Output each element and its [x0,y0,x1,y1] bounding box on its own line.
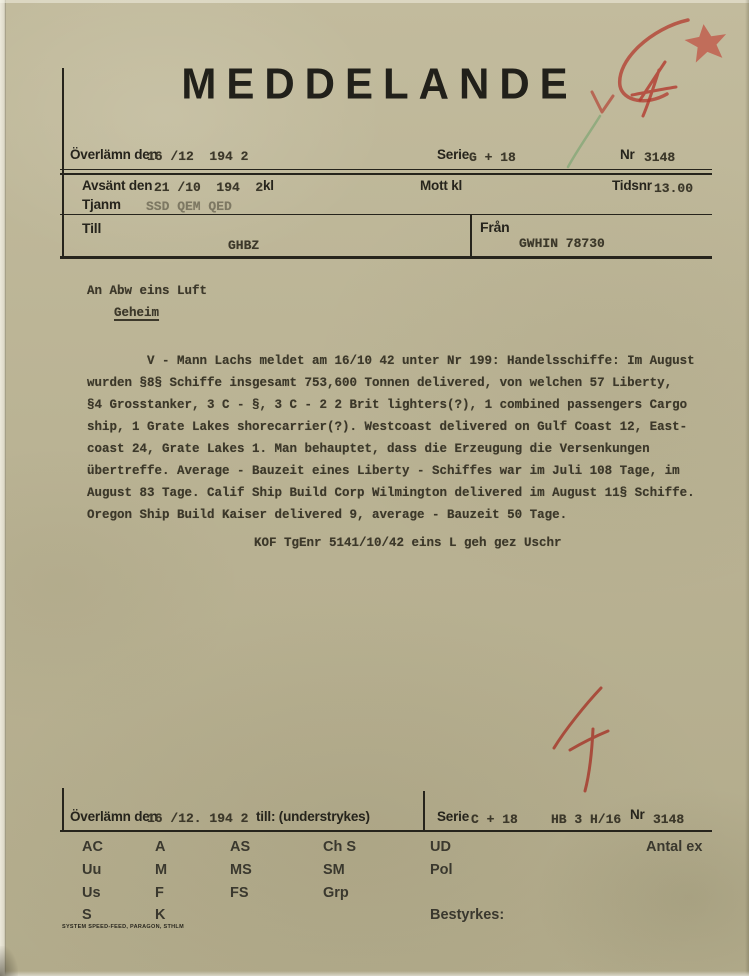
serie-label: Serie [437,147,469,162]
signature-line: KOF TgEnr 5141/10/42 eins L geh gez Usch… [254,536,562,550]
message-line: coast 24, Grate Lakes 1. Man behauptet, … [87,438,717,460]
grid-cell-fs: FS [230,885,249,901]
footer-till-label: till: (understrykes) [256,809,370,824]
nr-label: Nr [620,147,635,162]
grid-cell-as: AS [230,839,250,855]
page-title: MEDDELANDE [0,59,749,109]
grid-cell-k: K [155,907,165,923]
red-star-stamp [683,21,730,63]
message-line: V - Mann Lachs meldet am 16/10 42 unter … [87,350,717,372]
scanned-message-form: MEDDELANDE Överlämn den 16 /12 194 2 Ser… [0,0,749,976]
footer-serie-extra: HB 3 H/16 [551,812,621,827]
form-rule-2 [60,214,712,215]
scan-edge-bottom [0,971,749,976]
mott-kl-label: Mott kl [420,178,462,193]
classification-geheim: Geheim [114,306,159,320]
printer-mark: SYSTEM SPEED-FEED, PARAGON, STHLM [62,924,184,930]
message-line: August 83 Tage. Calif Ship Build Corp Wi… [87,482,717,504]
grid-cell-chs: Ch S [323,839,356,855]
red-pencil-mark-bottom [554,688,608,791]
grid-cell-uu: Uu [82,862,101,878]
grid-cell-a: A [155,839,165,855]
scan-corner-shadow [0,946,18,976]
addressee-line: An Abw eins Luft [87,284,207,298]
till-label: Till [82,220,101,236]
grid-cell-m: M [155,862,167,878]
grid-cell-pol: Pol [430,862,453,878]
footer-date-value: 16 /12. 194 2 [147,811,248,826]
message-line: ship, 1 Grate Lakes shorecarrier(?). Wes… [87,416,717,438]
message-line: wurden §8§ Schiffe insgesamt 753,600 Ton… [87,372,717,394]
footer-nr-label: Nr [630,807,645,822]
fran-value: GWHIN 78730 [519,236,605,251]
message-line: übertreffe. Average - Bauzeit eines Libe… [87,460,717,482]
grid-cell-bestyrkes: Bestyrkes: [430,907,504,923]
avsant-date-value: 21 /10 194 2 [154,180,263,195]
kl-label: kl [263,178,274,193]
avsant-label: Avsänt den [82,178,152,193]
footer-rule [60,830,712,832]
footer-serie-value: C + 18 [471,812,518,827]
grid-cell-f: F [155,885,164,901]
scan-edge-top [0,0,749,3]
tidsnr-label: Tidsnr [612,178,652,193]
footer-serie-divider [423,791,425,831]
till-value: GHBZ [228,238,259,253]
grid-cell-grp: Grp [323,885,349,901]
grid-cell-antal-ex: Antal ex [646,839,702,855]
form-rule-3 [60,256,712,259]
overlamn-label: Överlämn den [70,147,158,162]
message-line: Oregon Ship Build Kaiser delivered 9, av… [87,504,717,526]
message-text: V - Mann Lachs meldet am 16/10 42 unter … [87,350,717,526]
grid-cell-sm: SM [323,862,345,878]
grid-cell-ud: UD [430,839,451,855]
tidsnr-value: 13.00 [654,181,693,196]
form-rule-1b [60,173,712,175]
nr-value: 3148 [644,150,675,165]
grid-cell-us: Us [82,885,101,901]
grid-cell-s: S [82,907,92,923]
serie-value: G + 18 [469,150,516,165]
overlamn-date-value: 16 /12 194 2 [147,149,248,164]
scan-edge-right [745,0,749,976]
footer-left-border [62,788,64,831]
form-rule-1a [60,169,712,170]
message-line: §4 Grosstanker, 3 C - §, 3 C - 2 2 Brit … [87,394,717,416]
footer-nr-value: 3148 [653,812,684,827]
till-fran-divider [470,215,472,256]
scan-edge-left [0,0,6,976]
grid-cell-ac: AC [82,839,103,855]
green-pencil-stroke [568,116,600,167]
grid-cell-ms: MS [230,862,252,878]
tjanm-value: SSD QEM QED [146,199,232,214]
footer-overlamn-label: Överlämn den [70,809,158,824]
form-left-border [62,68,64,258]
fran-label: Från [480,219,510,235]
footer-serie-label: Serie [437,809,469,824]
tjanm-label: Tjanm [82,197,121,212]
